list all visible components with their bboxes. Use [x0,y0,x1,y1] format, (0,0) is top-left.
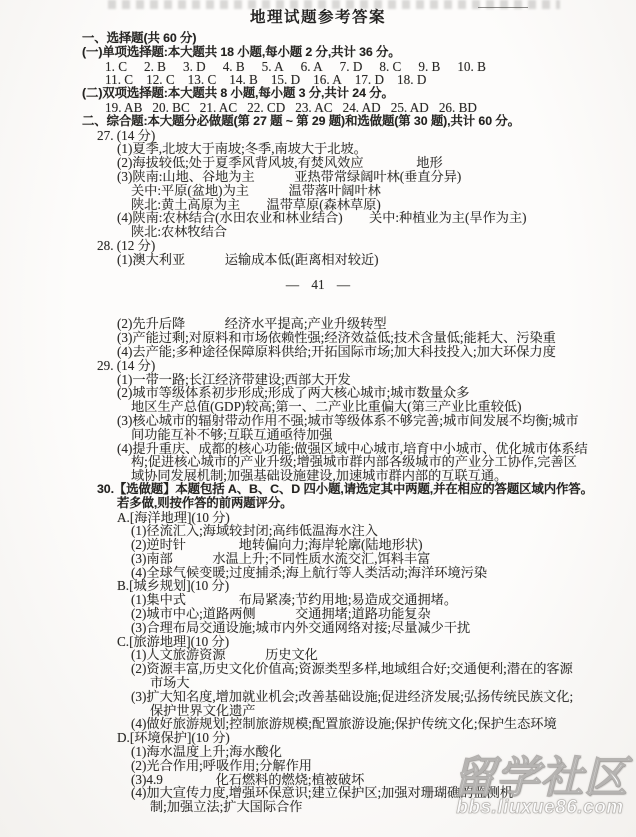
text-line: (2)资源丰富,历史文化价值高;资源类型多样,地域组合好;交通便利;潜在的客源 [0,662,636,676]
document-lines: 一、选择题(共 60 分)(一)单项选择题:本大题共 18 小题,每小题 2 分… [0,32,636,814]
text-line: (2)光合作用;呼吸作用;分解作用 [0,759,636,773]
answer-item: 10. B [457,60,486,74]
answer-item: 8. C [379,60,401,74]
text-line: 市场大 [0,676,636,690]
text-line: 制;加强立法;扩大国际合作 [0,800,636,814]
answer-item: 9. B [418,60,440,74]
answer-item: 24. AD [343,101,381,115]
text-line: 陕北:农林牧结合 [0,225,636,239]
question-28: 28. (12 分) [0,239,636,253]
answer-item: 5. A [262,60,284,74]
text-line: (3)核心城市的辐射带动作用不强;城市等级体系不够完善;城市间发展不均衡;城市 [0,414,636,428]
text-line: (3)合理布局交通设施;城市内外交通网络对接;尽量减少干扰 [0,621,636,635]
text-line: (2)海拔较低;处于夏季风背风坡,有焚风效应 地形 [0,156,636,170]
text-line: (4)全球气候变暖;过度捕杀;海上航行等人类活动;海洋环境污染 [0,566,636,580]
single-choice-answers-row-1: 1. C2. B3. D4. B5. A6. A7. D8. C9. B10. … [0,60,636,74]
answer-sheet: 地理试题参考答案 一、选择题(共 60 分)(一)单项选择题:本大题共 18 小… [0,8,636,814]
text-line: (4)做好旅游规划;控制旅游规模;配置旅游设施;保护传统文化;保护生态环境 [0,717,636,731]
question-30-heading: 30.【选做题】本题包括 A、B、C、D 四小题,请选定其中两题,并在相应的答题… [0,483,636,497]
answer-item: 4. B [223,60,245,74]
text-line: 地区生产总值(GDP)较高;第一、二产业比重偏大(第三产业比重较低) [0,400,636,414]
doc-title: 地理试题参考答案 [0,8,636,28]
text-line: (2)逆时针 地转偏向力;海岸轮廓(陆地形状) [0,538,636,552]
text-line: 若多做,则按作答的前两题评分。 [0,497,636,511]
answer-item: 3. D [183,60,206,74]
answer-item: 6. A [301,60,323,74]
text-line: (1)集中式 布局紧凑;节约用地;易造成交通拥堵。 [0,593,636,607]
single-choice-heading: (一)单项选择题:本大题共 18 小题,每小题 2 分,共计 36 分。 [0,46,636,60]
text-line: (3)陕南:山地、谷地为主 亚热带常绿阔叶林(垂直分异) [0,170,636,184]
double-choice-heading: (二)双项选择题:本大题共 8 小题,每小题 3 分,共计 24 分。 [0,87,636,101]
document-page: 地理试题参考答案 一、选择题(共 60 分)(一)单项选择题:本大题共 18 小… [0,0,636,837]
double-choice-answers-row: 19. AB20. BC21. AC22. CD23. AC24. AD25. … [0,101,636,115]
question-29: 29. (14 分) [0,359,636,373]
elective-C-heading: C.[旅游地理](10 分) [0,635,636,649]
answer-item: 25. AD [391,101,429,115]
text-line: 间功能互补不够;互联互通亟待加强 [0,428,636,442]
page-number: — 41 — [0,278,636,292]
text-line: (3)扩大知名度,增加就业机会;改善基础设施;促进经济发展;弘扬传统民族文化; [0,690,636,704]
text-line: (2)城市中心;道路两侧 交通拥堵;道路功能复杂 [0,607,636,621]
answer-item: 2. B [144,60,166,74]
text-line: (4)陕南:农林结合(水田农业和林业结合) 关中:种植业为主(旱作为主) [0,211,636,225]
answer-item: 20. BC [152,101,189,115]
text-line: (1)海水温度上升;海水酸化 [0,745,636,759]
text-line: (1)澳大利亚 运输成本低(距离相对较近) [0,253,636,267]
answer-item: 1. C [105,60,127,74]
section-comprehensive-heading: 二、综合题:本大题分必做题(第 27 题 ~ 第 29 题)和选做题(第 30 … [0,115,636,129]
answer-item: 19. AB [105,101,142,115]
answer-item: 23. AC [295,101,332,115]
text-line: (3)南部 水温上升;不同性质水流交汇,饵料丰富 [0,552,636,566]
answer-item: 7. D [340,60,363,74]
text-line: 关中:平原(盆地)为主 温带落叶阔叶林 [0,184,636,198]
text-line: (4)加大宣传力度,增强环保意识;建立保护区;加强对珊瑚礁的监测机 [0,786,636,800]
answer-item: 18. D [397,73,426,87]
elective-D-heading: D.[环境保护](10 分) [0,731,636,745]
section-choice-heading: 一、选择题(共 60 分) [0,32,636,46]
answer-item: 22. CD [247,101,285,115]
answer-item: 26. BD [439,101,477,115]
text-line: (4)去产能;多种途径保障原料供给;开拓国际市场;加大科技投入;加大环保力度 [0,345,636,359]
text-line: (3)产能过剩;对原料和市场依赖性强;经济效益低;技术含量低;能耗大、污染重 [0,331,636,345]
answer-item: 21. AC [200,101,237,115]
text-line: 域协同发展机制;加强基础设施建设,加速城市群内部的互联互通。 [0,469,636,483]
